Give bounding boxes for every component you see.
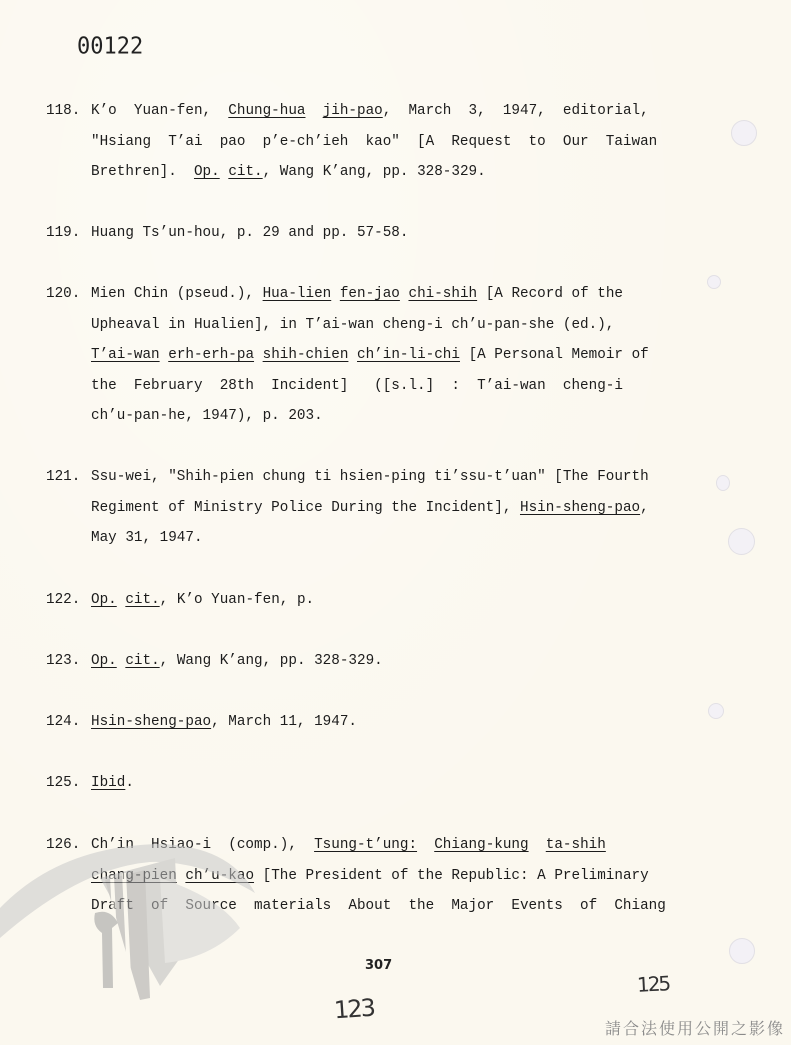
document-page: 00122 118.K’o Yuan-fen, Chung-hua jih-pa… [0, 0, 791, 1045]
footnote-number: 125. [46, 768, 91, 799]
underlined-title: cit. [228, 164, 262, 180]
page-number: 307 [365, 958, 392, 973]
footnote-line: 119.Huang Ts’un-hou, p. 29 and pp. 57-58… [46, 218, 726, 249]
footnote-line: 123.Op. cit., Wang K’ang, pp. 328-329. [46, 646, 726, 677]
footnote-text: the February 28th Incident] ([s.l.] : T’… [91, 378, 623, 394]
usage-notice-stamp: 請合法使用公開之影像 [605, 1016, 785, 1039]
footnote-line: Regiment of Ministry Police During the I… [46, 493, 726, 524]
handwritten-mark-1: 123 [333, 994, 375, 1025]
footnote-text: [A Record of the [477, 286, 623, 302]
footnote-line: the February 28th Incident] ([s.l.] : T’… [46, 371, 726, 402]
punch-hole [707, 275, 721, 289]
footnote-126: 126.Ch’in Hsiao-i (comp.), Tsung-t’ung: … [46, 830, 726, 922]
underlined-title: Chiang-kung [434, 837, 528, 853]
footnote-text: Mien Chin (pseud.), [91, 286, 263, 302]
footnote-text [331, 286, 340, 302]
underlined-title: chang-pien [91, 868, 177, 884]
footnote-text: , K’o Yuan-fen, p. [160, 592, 314, 608]
footnote-line: 126.Ch’in Hsiao-i (comp.), Tsung-t’ung: … [46, 830, 726, 861]
footnote-number: 123. [46, 646, 91, 677]
underlined-title: erh-erh-pa [168, 347, 254, 363]
footnote-text: , March 11, 1947. [211, 714, 357, 730]
handwritten-mark-2: 125 [636, 971, 669, 997]
footnote-text: Brethren]. [91, 164, 194, 180]
underlined-title: fen-jao [340, 286, 400, 302]
footnote-line: ch’u-pan-he, 1947), p. 203. [46, 401, 726, 432]
footnote-text: Regiment of Ministry Police During the I… [91, 500, 520, 516]
footnote-line: May 31, 1947. [46, 523, 726, 554]
footnote-text: ch’u-pan-he, 1947), p. 203. [91, 408, 323, 424]
footnote-text [529, 837, 546, 853]
underlined-title: ch’in-li-chi [357, 347, 460, 363]
footnote-text: Ssu-wei, "Shih-pien chung ti hsien-ping … [91, 469, 649, 485]
footnote-123: 123.Op. cit., Wang K’ang, pp. 328-329. [46, 646, 726, 677]
footnote-120: 120.Mien Chin (pseud.), Hua-lien fen-jao… [46, 279, 726, 432]
underlined-title: cit. [125, 592, 159, 608]
footnote-text: , Wang K’ang, pp. 328-329. [263, 164, 486, 180]
footnote-line: 125.Ibid. [46, 768, 726, 799]
footnote-line: 118.K’o Yuan-fen, Chung-hua jih-pao, Mar… [46, 96, 726, 127]
underlined-title: Op. [194, 164, 220, 180]
footnote-line: 120.Mien Chin (pseud.), Hua-lien fen-jao… [46, 279, 726, 310]
footnote-line: chang-pien ch’u-kao [The President of th… [46, 861, 726, 892]
underlined-title: ta-shih [546, 837, 606, 853]
footnote-122: 122.Op. cit., K’o Yuan-fen, p. [46, 585, 726, 616]
footnote-119: 119.Huang Ts’un-hou, p. 29 and pp. 57-58… [46, 218, 726, 249]
footnote-text: . [125, 775, 134, 791]
punch-hole [729, 938, 755, 964]
footnote-line: 124.Hsin-sheng-pao, March 11, 1947. [46, 707, 726, 738]
footnote-line: Draft of Source materials About the Majo… [46, 891, 726, 922]
footnote-text: May 31, 1947. [91, 530, 203, 546]
footnote-text: Ch’in Hsiao-i (comp.), [91, 837, 314, 853]
footnote-text [348, 347, 357, 363]
footnote-line: Brethren]. Op. cit., Wang K’ang, pp. 328… [46, 157, 726, 188]
underlined-title: Op. [91, 653, 117, 669]
footnote-text [254, 347, 263, 363]
footnote-number: 120. [46, 279, 91, 310]
archive-number: 00122 [77, 33, 143, 59]
footnote-line: "Hsiang T’ai pao p’e-ch’ieh kao" [A Requ… [46, 127, 726, 158]
underlined-title: chi-shih [408, 286, 477, 302]
footnote-118: 118.K’o Yuan-fen, Chung-hua jih-pao, Mar… [46, 96, 726, 188]
footnote-number: 124. [46, 707, 91, 738]
footnote-text: Upheaval in Hualien], in T’ai-wan cheng-… [91, 317, 614, 333]
footnote-number: 121. [46, 462, 91, 493]
underlined-title: T’ai-wan [91, 347, 160, 363]
footnote-text: "Hsiang T’ai pao p’e-ch’ieh kao" [A Requ… [91, 134, 657, 150]
underlined-title: Hsin-sheng-pao [520, 500, 640, 516]
footnote-line: Upheaval in Hualien], in T’ai-wan cheng-… [46, 310, 726, 341]
underlined-title: shih-chien [263, 347, 349, 363]
footnote-number: 119. [46, 218, 91, 249]
footnote-number: 118. [46, 96, 91, 127]
footnote-124: 124.Hsin-sheng-pao, March 11, 1947. [46, 707, 726, 738]
underlined-title: Chung-hua [228, 103, 305, 119]
footnote-text [306, 103, 323, 119]
footnote-125: 125.Ibid. [46, 768, 726, 799]
footnote-text: Huang Ts’un-hou, p. 29 and pp. 57-58. [91, 225, 408, 241]
underlined-title: Hua-lien [263, 286, 332, 302]
underlined-title: cit. [125, 653, 159, 669]
underlined-title: Hsin-sheng-pao [91, 714, 211, 730]
underlined-title: Tsung-t’ung: [314, 837, 417, 853]
footnote-line: 121.Ssu-wei, "Shih-pien chung ti hsien-p… [46, 462, 726, 493]
footnote-text: [A Personal Memoir of [460, 347, 649, 363]
footnote-text: , [640, 500, 649, 516]
punch-hole [731, 120, 757, 146]
footnote-text: Draft of Source materials About the Majo… [91, 898, 666, 914]
footnote-line: T’ai-wan erh-erh-pa shih-chien ch’in-li-… [46, 340, 726, 371]
underlined-title: ch’u-kao [185, 868, 254, 884]
punch-hole [716, 475, 730, 491]
footnote-text [160, 347, 169, 363]
footnote-text: K’o Yuan-fen, [91, 103, 228, 119]
footnote-121: 121.Ssu-wei, "Shih-pien chung ti hsien-p… [46, 462, 726, 554]
footnote-text [417, 837, 434, 853]
footnote-number: 122. [46, 585, 91, 616]
footnote-text: [The President of the Republic: A Prelim… [254, 868, 649, 884]
footnote-line: 122.Op. cit., K’o Yuan-fen, p. [46, 585, 726, 616]
underlined-title: jih-pao [323, 103, 383, 119]
footnote-text: , Wang K’ang, pp. 328-329. [160, 653, 383, 669]
punch-hole [708, 703, 724, 719]
footnote-number: 126. [46, 830, 91, 861]
underlined-title: Ibid [91, 775, 125, 791]
underlined-title: Op. [91, 592, 117, 608]
punch-hole [728, 528, 755, 555]
footnote-text: , March 3, 1947, editorial, [383, 103, 649, 119]
